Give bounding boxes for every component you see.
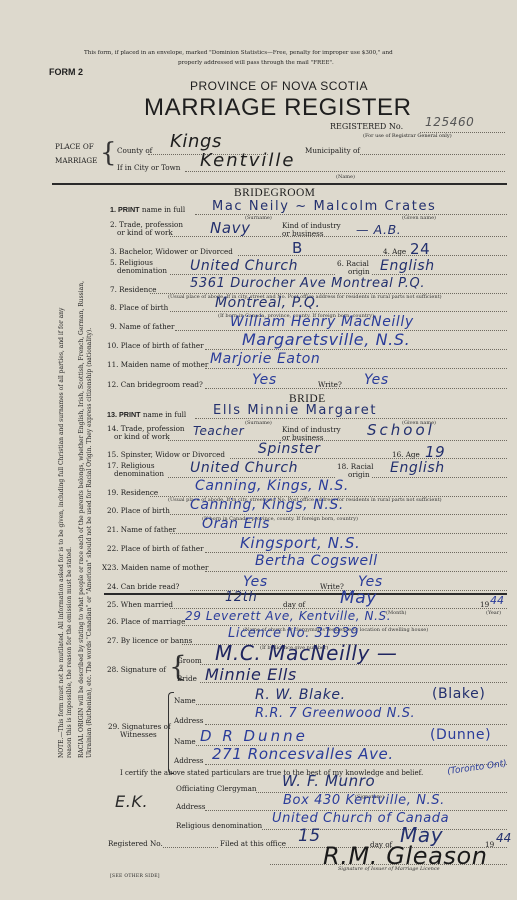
day-of-label: day of [283, 601, 305, 609]
groom-can-read[interactable]: Yes [252, 372, 277, 388]
f14-line [168, 440, 507, 441]
issuer-sig-line [270, 864, 507, 865]
f5-line [170, 274, 335, 275]
filed-label: Filed at this office [220, 840, 286, 848]
witness2-address-extra[interactable]: (Toronto Ont) [447, 759, 508, 777]
f4-label: 4. Age [383, 248, 406, 256]
f13-label: 13. PRINT name in full [107, 411, 186, 419]
year-prefix: 19 [480, 601, 489, 609]
groom-birthplace[interactable]: Montreal, P.Q. [215, 295, 321, 311]
f12-line [205, 388, 507, 389]
municipality-line [360, 154, 505, 155]
side-note-line4: Ukrainian (Ruthenian), etc. The words "C… [86, 198, 94, 758]
place-label-line2: MARRIAGE [55, 157, 97, 165]
f12-label: 12. Can bridegroom read? [107, 381, 203, 389]
groom-age[interactable]: 24 [410, 240, 430, 258]
bride-trade[interactable]: Teacher [193, 424, 244, 438]
groom-residence[interactable]: 5361 Durocher Ave Montreal P.Q. [190, 276, 425, 291]
w1-name-line [196, 704, 507, 705]
clergy-address-label: Address [176, 803, 205, 811]
f17-label-2: denomination [114, 470, 164, 478]
w1-address-label: Address [174, 717, 203, 725]
bride-full-name[interactable]: Ells Minnie Margaret [213, 403, 377, 418]
bridegroom-heading: BRIDEGROOM [234, 187, 315, 199]
f26-label: 26. Place of marriage [107, 618, 185, 626]
f10-label: 10. Place of birth of father [107, 342, 204, 350]
city-name-note: (Name) [336, 174, 355, 180]
w2-address-label: Address [174, 757, 203, 765]
clergy-label: Officiating Clergyman [176, 785, 257, 793]
f22-label: 22. Place of birth of father [107, 545, 204, 553]
witness1-address[interactable]: R.R. 7 Greenwood N.S. [255, 706, 415, 721]
f14-label-2: or kind of work [114, 433, 170, 441]
marriage-year[interactable]: 44 [490, 594, 504, 607]
bride-father-birthplace[interactable]: Kingsport, N.S. [240, 534, 360, 552]
bride-can-read[interactable]: Yes [243, 574, 268, 590]
document-title: MARRIAGE REGISTER [144, 94, 412, 122]
groom-racial-origin[interactable]: English [380, 258, 435, 274]
f24-label: 24. Can bride read? [107, 583, 179, 591]
f8-line [170, 311, 507, 312]
groom-marital-status[interactable]: B [292, 239, 303, 257]
f15-line [230, 458, 507, 459]
side-note-line2: reason this is impossible, the reason fo… [66, 198, 74, 758]
city-label: If in City or Town [117, 164, 180, 172]
year-note: (Year) [486, 610, 501, 616]
bride-industry[interactable]: School [367, 421, 435, 439]
groom-mother-maiden-name[interactable]: Marjorie Eaton [210, 351, 320, 367]
filing-registered-no-label: Registered No. [108, 840, 163, 848]
f11-label: 11. Maiden name of mother [107, 361, 208, 369]
see-other-side: [SEE OTHER SIDE] [110, 874, 160, 879]
f3-label: 3. Bachelor, Widower or Divorced [110, 248, 233, 256]
f21-label: 21. Name of father [107, 526, 176, 534]
f3-line [238, 255, 507, 256]
denomination-label: Religious denomination [176, 822, 262, 830]
province-heading: PROVINCE OF NOVA SCOTIA [190, 79, 368, 93]
w1-name-label: Name [174, 697, 196, 705]
bride-sig-label: Bride [177, 675, 197, 683]
filed-year[interactable]: 44 [496, 831, 511, 845]
f6-label-2: origin [348, 268, 370, 276]
f5-label-2: denomination [117, 267, 167, 275]
licence-number[interactable]: Licence No. 31939 [228, 626, 359, 641]
bride-marital-status[interactable]: Spinster [258, 441, 321, 457]
place-label-line1: PLACE OF [55, 143, 94, 151]
registered-no-note: (For use of Registrar General only) [363, 133, 452, 139]
mail-notice-line1: This form, if placed in an envelope, mar… [84, 50, 393, 56]
f1-label: 1. PRINT name in full [110, 206, 185, 214]
marriage-month[interactable]: May [340, 588, 377, 608]
f13-line [195, 418, 507, 419]
certify-statement: I certify the above stated particulars a… [120, 769, 423, 777]
w1-address-line [205, 724, 507, 725]
groom-sig-label: Groom [177, 657, 202, 665]
groom-can-write[interactable]: Yes [364, 372, 389, 388]
groom-industry-label-2: or business [282, 230, 324, 238]
clergy-address[interactable]: Box 430 Kentville, N.S. [283, 793, 445, 808]
witness1-name[interactable]: R. W. Blake. [255, 687, 346, 703]
brace-icon: { [100, 138, 117, 168]
registered-no-label: REGISTERED No. [330, 122, 403, 131]
groom-signature[interactable]: M.C. MacNeilly — [215, 641, 398, 665]
f10-line [205, 349, 507, 350]
bride-signature[interactable]: Minnie Ells [205, 665, 297, 684]
bride-racial-origin[interactable]: English [390, 460, 445, 476]
issuer-note: Signature of Issuer of Marriage Licence [338, 866, 440, 872]
mail-notice-line2: properly addressed will pass through the… [178, 60, 334, 66]
f16-label: 16. Age [392, 451, 420, 459]
f15-label: 15. Spinster, Widow or Divorced [107, 451, 225, 459]
f20-label: 20. Place of birth [107, 507, 170, 515]
f29-label-2: Witnesses [120, 731, 157, 739]
f1-line [195, 214, 507, 215]
bride-birthplace[interactable]: Canning, Kings, N.S. [190, 497, 344, 513]
f11-line [205, 368, 507, 369]
bride-mother-maiden-name[interactable]: Bertha Cogswell [255, 553, 378, 569]
f2-label-2: or kind of work [117, 229, 173, 237]
filing-registered-no-line [163, 847, 218, 848]
bride-religion[interactable]: United Church [190, 460, 298, 476]
registered-no-value[interactable]: 125460 [425, 115, 474, 129]
form-number: FORM 2 [49, 67, 83, 77]
divider [52, 183, 507, 185]
witness2-name[interactable]: D R Dunne [200, 727, 308, 745]
witness2-name-print[interactable]: (Dunne) [430, 727, 491, 743]
f23-line [205, 571, 507, 572]
given-name-note: (Given name) [402, 215, 436, 221]
f28-label: 28. Signature of [107, 666, 166, 674]
f6-line [372, 274, 507, 275]
f27-label: 27. By licence or banns [107, 637, 192, 645]
clergy-signature[interactable]: W. F. Munro [282, 772, 375, 790]
f18-label-2: origin [348, 471, 370, 479]
f20-line [170, 514, 507, 515]
marriage-day[interactable]: 12th [225, 590, 257, 605]
filed-day[interactable]: 15 [298, 826, 321, 846]
f25-label: 25. When married [107, 601, 173, 609]
w2-name-label: Name [174, 738, 196, 746]
side-note: NOTE.—This form must not be mutilated. A… [58, 198, 95, 758]
witness1-name-print[interactable]: (Blake) [432, 686, 485, 702]
bride-residence[interactable]: Canning, Kings, N.S. [195, 478, 349, 494]
f23-label: X23. Maiden name of mother [102, 564, 208, 572]
city-value[interactable]: Kentville [200, 150, 295, 171]
f8-label: 8. Place of birth [110, 304, 168, 312]
groom-full-name[interactable]: Mac Neily ~ Malcolm Crates [212, 199, 436, 214]
f18-line [372, 477, 507, 478]
witness2-address[interactable]: 271 Roncesvalles Ave. [212, 745, 394, 763]
divider [104, 593, 507, 595]
groom-father-birthplace[interactable]: Margaretsville, N.S. [242, 330, 410, 349]
bride-surname-note: (Surname) [245, 420, 272, 426]
groom-religion[interactable]: United Church [190, 258, 298, 274]
groom-industry[interactable]: — A.B. [356, 222, 401, 237]
side-note-line3: RACIAL ORIGIN will be described by stati… [78, 198, 86, 758]
groom-father-name[interactable]: William Henry MacNeilly [230, 314, 414, 330]
groom-write-label: Write? [318, 381, 342, 389]
side-note-line1: NOTE.—This form must not be mutilated. A… [58, 198, 66, 758]
marriage-place[interactable]: 29 Leverett Ave, Kentville, N.S. [185, 609, 391, 623]
f9-label: 9. Name of father [110, 323, 175, 331]
initials: E.K. [115, 792, 148, 811]
bride-age[interactable]: 19 [425, 443, 445, 461]
county-value[interactable]: Kings [170, 131, 222, 152]
city-line [185, 171, 505, 172]
municipality-label: Municipality of [305, 147, 360, 155]
bride-father-name[interactable]: Oran Ells [202, 516, 270, 532]
groom-trade[interactable]: Navy [210, 219, 251, 237]
